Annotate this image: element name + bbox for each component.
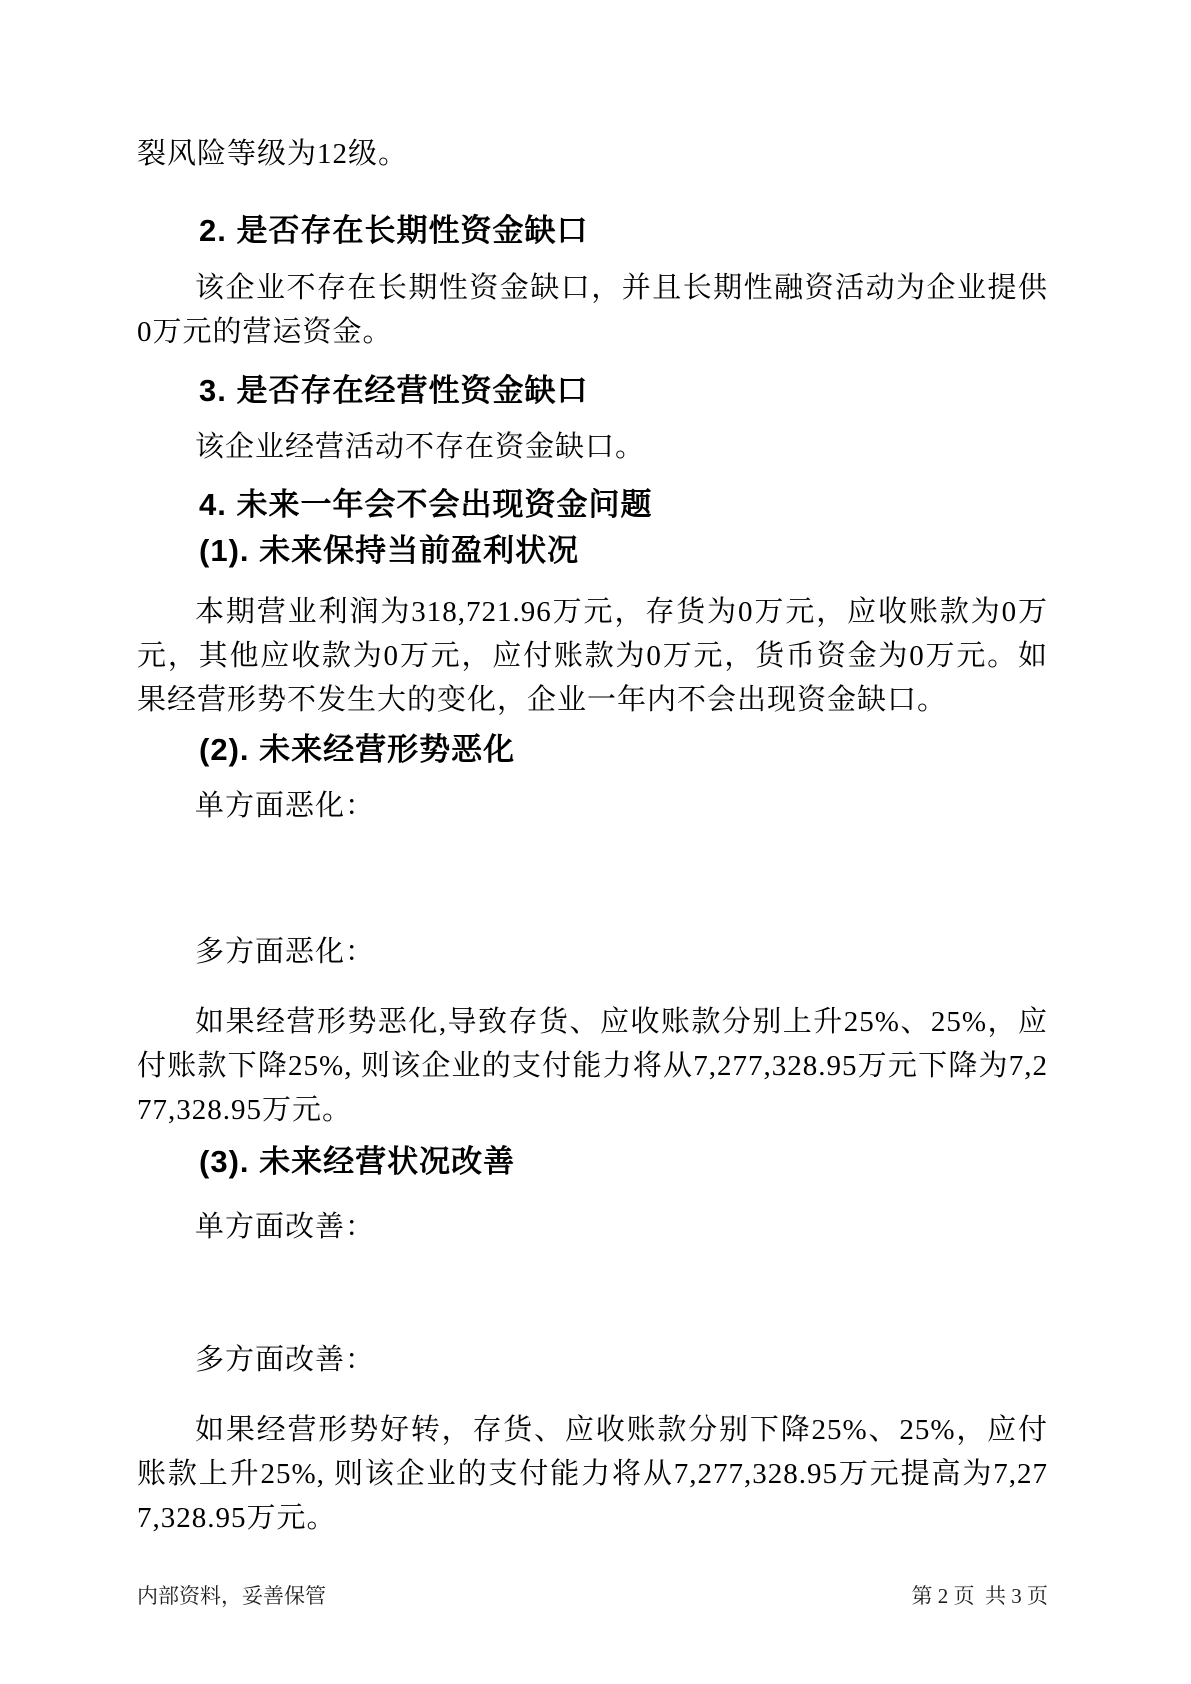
subsection-heading-keep-current-profit: (1). 未来保持当前盈利状况 <box>199 528 1048 574</box>
label-single-side-improve: 单方面改善： <box>137 1205 1048 1249</box>
section-paragraph-operating-gap: 该企业经营活动不存在资金缺口。 <box>137 425 1048 469</box>
document-body: 裂风险等级为12级。 2. 是否存在长期性资金缺口 该企业不存在长期性资金缺口，… <box>137 0 1048 1540</box>
subsection-paragraph-keep-current-profit: 本期营业利润为318,721.96万元，存货为0万元，应收账款为0万元，其他应收… <box>137 590 1048 722</box>
section-heading-long-term-gap: 2. 是否存在长期性资金缺口 <box>199 208 1048 254</box>
label-multi-side-worsen: 多方面恶化： <box>137 930 1048 974</box>
label-single-side-worsen: 单方面恶化： <box>137 784 1048 828</box>
subsection-paragraph-situation-worsens: 如果经营形势恶化,导致存货、应收账款分别上升25%、25%，应付账款下降25%,… <box>137 1000 1048 1132</box>
section-heading-next-year-funds: 4. 未来一年会不会出现资金问题 <box>199 482 1048 528</box>
page-background: 裂风险等级为12级。 2. 是否存在长期性资金缺口 该企业不存在长期性资金缺口，… <box>0 0 1191 1684</box>
continuation-line: 裂风险等级为12级。 <box>137 132 1048 176</box>
page-footer: 内部资料，妥善保管 第 2 页 共 3 页 <box>137 1583 1048 1610</box>
subsection-paragraph-situation-improves: 如果经营形势好转，存货、应收账款分别下降25%、25%，应付账款上升25%, 则… <box>137 1408 1048 1540</box>
section-paragraph-long-term-gap: 该企业不存在长期性资金缺口，并且长期性融资活动为企业提供0万元的营运资金。 <box>137 266 1048 354</box>
footer-page-number: 第 2 页 共 3 页 <box>912 1583 1049 1610</box>
label-multi-side-improve: 多方面改善： <box>137 1338 1048 1382</box>
subsection-heading-situation-improves: (3). 未来经营状况改善 <box>199 1139 1048 1185</box>
document-page: { "page": { "background": "#ffffff", "te… <box>0 0 1191 1684</box>
subsection-heading-situation-worsens: (2). 未来经营形势恶化 <box>199 727 1048 773</box>
section-heading-operating-gap: 3. 是否存在经营性资金缺口 <box>199 368 1048 414</box>
footer-confidential-note: 内部资料，妥善保管 <box>137 1583 326 1610</box>
